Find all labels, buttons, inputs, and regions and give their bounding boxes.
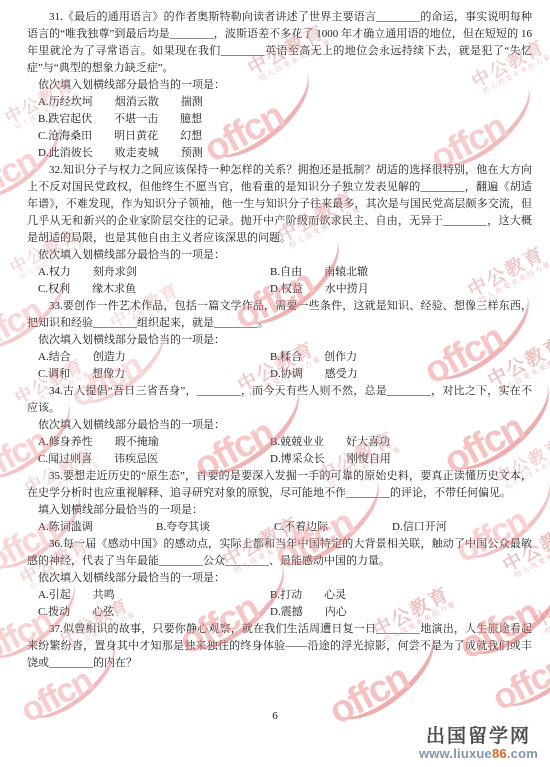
question-34-prompt: 依次填入划横线部分最恰当的一项是： bbox=[27, 417, 532, 434]
option-34-a: A.修身养性 瑕不掩瑜 bbox=[38, 434, 270, 451]
question-33: 33.要创作一件艺术作品，包括一篇文学作品，需要一些条件，这就是知识、经验、想像… bbox=[27, 298, 532, 383]
question-36: 36.每一届《感动中国》的感动点，实际上都和当年中国特定的大背景相关联，触动了中… bbox=[27, 536, 532, 621]
question-35-prompt: 填入划横线部分最恰当的一项是： bbox=[27, 502, 532, 519]
option-35-a: A.陈词滥调 bbox=[38, 519, 156, 536]
question-37: 37.似曾相识的故事，只要你静心观察，就在我们生活周遭日复一日________地… bbox=[27, 621, 532, 672]
option-36-b: B.打动 心灵 bbox=[270, 587, 502, 604]
option-31-c: C.沧海桑田 明日黄花 幻想 bbox=[38, 128, 532, 145]
site-logo-url: www.liuxue86.com bbox=[419, 747, 538, 761]
question-31-prompt: 依次填入划横线部分最恰当的一项是： bbox=[27, 77, 532, 94]
option-35-d: D.信口开河 bbox=[392, 519, 510, 536]
option-32-b: B.自由 南辕北辙 bbox=[270, 264, 502, 281]
option-33-d: D.协调 感受力 bbox=[270, 366, 502, 383]
option-31-d: D.此消彼长 败走麦城 预测 bbox=[38, 145, 532, 162]
question-33-text: 33.要创作一件艺术作品，包括一篇文学作品，需要一些条件，这就是知识、经验、想像… bbox=[27, 298, 532, 332]
question-37-text: 37.似曾相识的故事，只要你静心观察，就在我们生活周遭日复一日________地… bbox=[27, 621, 532, 672]
option-32-d: D.权益 水中捞月 bbox=[270, 281, 502, 298]
question-32-prompt: 依次填入划横线部分最恰当的一项是： bbox=[27, 247, 532, 264]
question-32-text: 32.知识分子与权力之间应该保持一种怎样的关系？拥抱还是抵制？胡适的选择很特别，… bbox=[27, 162, 532, 247]
question-34-options: A.修身养性 瑕不掩瑜 B.兢兢业业 好大喜功 C.闻过则喜 讳疾忌医 D.博采… bbox=[27, 434, 532, 468]
question-34-text: 34.古人提倡“吾日三省吾身”，________，而今天有些人则不然，总是___… bbox=[27, 383, 532, 417]
option-33-b: B.糅合 创作力 bbox=[270, 349, 502, 366]
option-32-c: C.权利 缘木求鱼 bbox=[38, 281, 270, 298]
question-31: 31.《最后的通用语言》的作者奥斯特勒向读者讲述了世界主要语言________的… bbox=[27, 9, 532, 162]
site-logo-name: 出国留学网 bbox=[419, 727, 538, 747]
option-32-a: A.权力 刻舟求剑 bbox=[38, 264, 270, 281]
question-35: 35.要想走近历史的“原生态”，首要的是要深入发掘一手的可靠的原始史料，要真正读… bbox=[27, 468, 532, 536]
option-31-b: B.跌宕起伏 不堪一击 臆想 bbox=[38, 111, 532, 128]
question-36-options: A.引起 共鸣 B.打动 心灵 C.拨动 心弦 D.震撼 内心 bbox=[27, 587, 532, 621]
question-31-text: 31.《最后的通用语言》的作者奥斯特勒向读者讲述了世界主要语言________的… bbox=[27, 9, 532, 77]
option-31-a: A.历经坎坷 烟消云散 揣测 bbox=[38, 94, 532, 111]
question-33-options: A.结合 创造力 B.糅合 创作力 C.调和 想像力 D.协调 感受力 bbox=[27, 349, 532, 383]
option-34-c: C.闻过则喜 讳疾忌医 bbox=[38, 451, 270, 468]
option-35-b: B.夸夸其谈 bbox=[156, 519, 274, 536]
option-34-b: B.兢兢业业 好大喜功 bbox=[270, 434, 502, 451]
page-content: 31.《最后的通用语言》的作者奥斯特勒向读者讲述了世界主要语言________的… bbox=[0, 0, 550, 672]
question-35-options: A.陈词滥调 B.夸夸其谈 C.不着边际 D.信口开河 bbox=[27, 519, 532, 536]
option-36-a: A.引起 共鸣 bbox=[38, 587, 270, 604]
option-36-d: D.震撼 内心 bbox=[270, 604, 502, 621]
question-36-text: 36.每一届《感动中国》的感动点，实际上都和当年中国特定的大背景相关联，触动了中… bbox=[27, 536, 532, 570]
question-35-text: 35.要想走近历史的“原生态”，首要的是要深入发掘一手的可靠的原始史料，要真正读… bbox=[27, 468, 532, 502]
question-33-prompt: 依次填入划横线部分最恰当的一项是： bbox=[27, 332, 532, 349]
page-number: 6 bbox=[0, 710, 550, 722]
option-35-c: C.不着边际 bbox=[274, 519, 392, 536]
question-32: 32.知识分子与权力之间应该保持一种怎样的关系？拥抱还是抵制？胡适的选择很特别，… bbox=[27, 162, 532, 298]
question-31-options: A.历经坎坷 烟消云散 揣测 B.跌宕起伏 不堪一击 臆想 C.沧海桑田 明日黄… bbox=[27, 94, 532, 162]
question-34: 34.古人提倡“吾日三省吾身”，________，而今天有些人则不然，总是___… bbox=[27, 383, 532, 468]
option-33-a: A.结合 创造力 bbox=[38, 349, 270, 366]
question-32-options: A.权力 刻舟求剑 B.自由 南辕北辙 C.权利 缘木求鱼 D.权益 水中捞月 bbox=[27, 264, 532, 298]
option-36-c: C.拨动 心弦 bbox=[38, 604, 270, 621]
site-logo: 出国留学网 www.liuxue86.com bbox=[419, 727, 538, 761]
question-36-prompt: 依次填入划横线部分最恰当的一项是： bbox=[27, 570, 532, 587]
option-34-d: D.博采众长 刚愎自用 bbox=[270, 451, 502, 468]
exam-page: 中公教育 给人改变未来的力量 offcn 中公教育 给人改变未来的力量 offc… bbox=[0, 0, 550, 767]
option-33-c: C.调和 想像力 bbox=[38, 366, 270, 383]
